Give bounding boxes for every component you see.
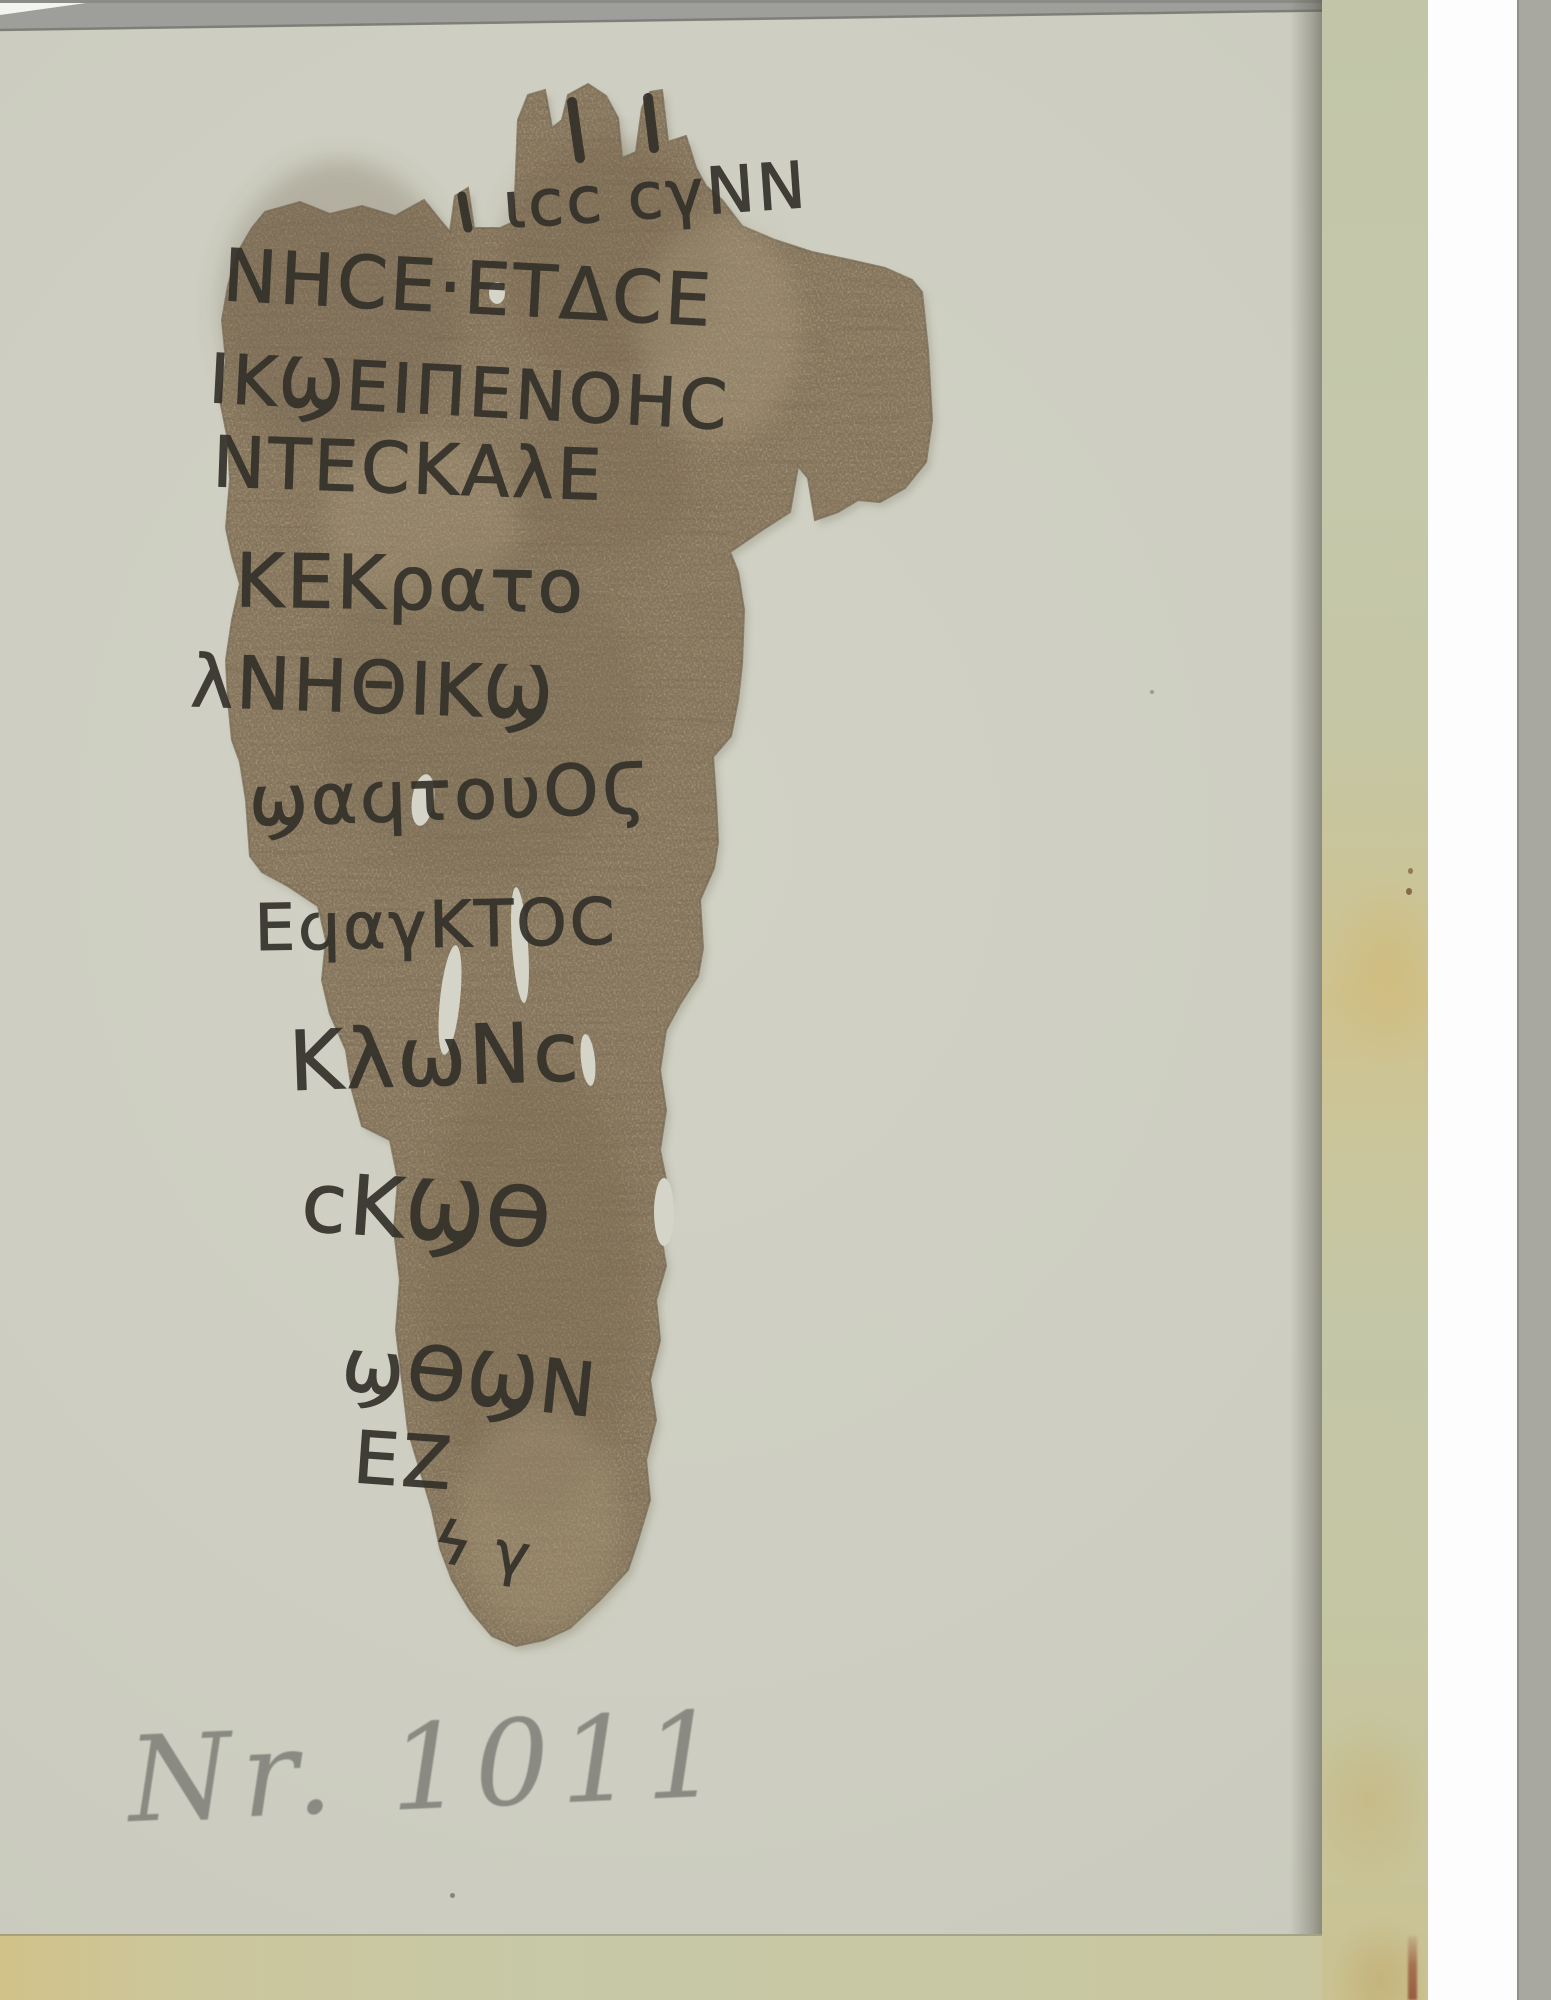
- papyrus-text-line: ΝΤΕϹΚΑλΕ: [211, 421, 605, 517]
- right-tape: [1322, 0, 1430, 2000]
- papyrus-text-line: ϲΚϢϴ: [299, 1155, 557, 1267]
- inventory-number-label: Nr. 1011: [125, 1676, 692, 1870]
- tape-speck: [1406, 888, 1412, 895]
- papyrus-text-line: ϣαϥτουΟϚ: [248, 747, 651, 843]
- papyrus-text-line: ΕϥαγΚΤΟϹ: [254, 886, 618, 966]
- bottom-tape: [0, 1934, 1428, 2000]
- tape-red-streak: [1408, 1936, 1417, 2000]
- papyrus-text-line: ΚΕΚρατο: [235, 538, 587, 630]
- ink-stroke: [648, 98, 654, 148]
- papyrus-text-line: λΝΗΘΙΚϢ: [189, 639, 556, 736]
- papyrus-text-line: ΚλωΝϲ: [287, 1005, 583, 1110]
- ink-stroke: [462, 196, 468, 228]
- right-gray-strip: [1517, 0, 1551, 2000]
- papyrus-text-line: ΕΖ: [351, 1415, 457, 1506]
- mount-board: ιϲϲ ϲγΝΝ ΝΗϹΕ·ΕΤΔϹΕ ΙΚϢΕΙΠΕΝΟΗϹ ΝΤΕϹΚΑλΕ…: [0, 0, 1428, 2000]
- tape-stain: [1322, 0, 1428, 2000]
- board-edge-shadow: [1290, 0, 1322, 2000]
- tape-speck: [1408, 868, 1413, 874]
- white-background-strip: [1428, 0, 1517, 2000]
- board-speck: [450, 1893, 455, 1898]
- board-speck: [1150, 690, 1154, 694]
